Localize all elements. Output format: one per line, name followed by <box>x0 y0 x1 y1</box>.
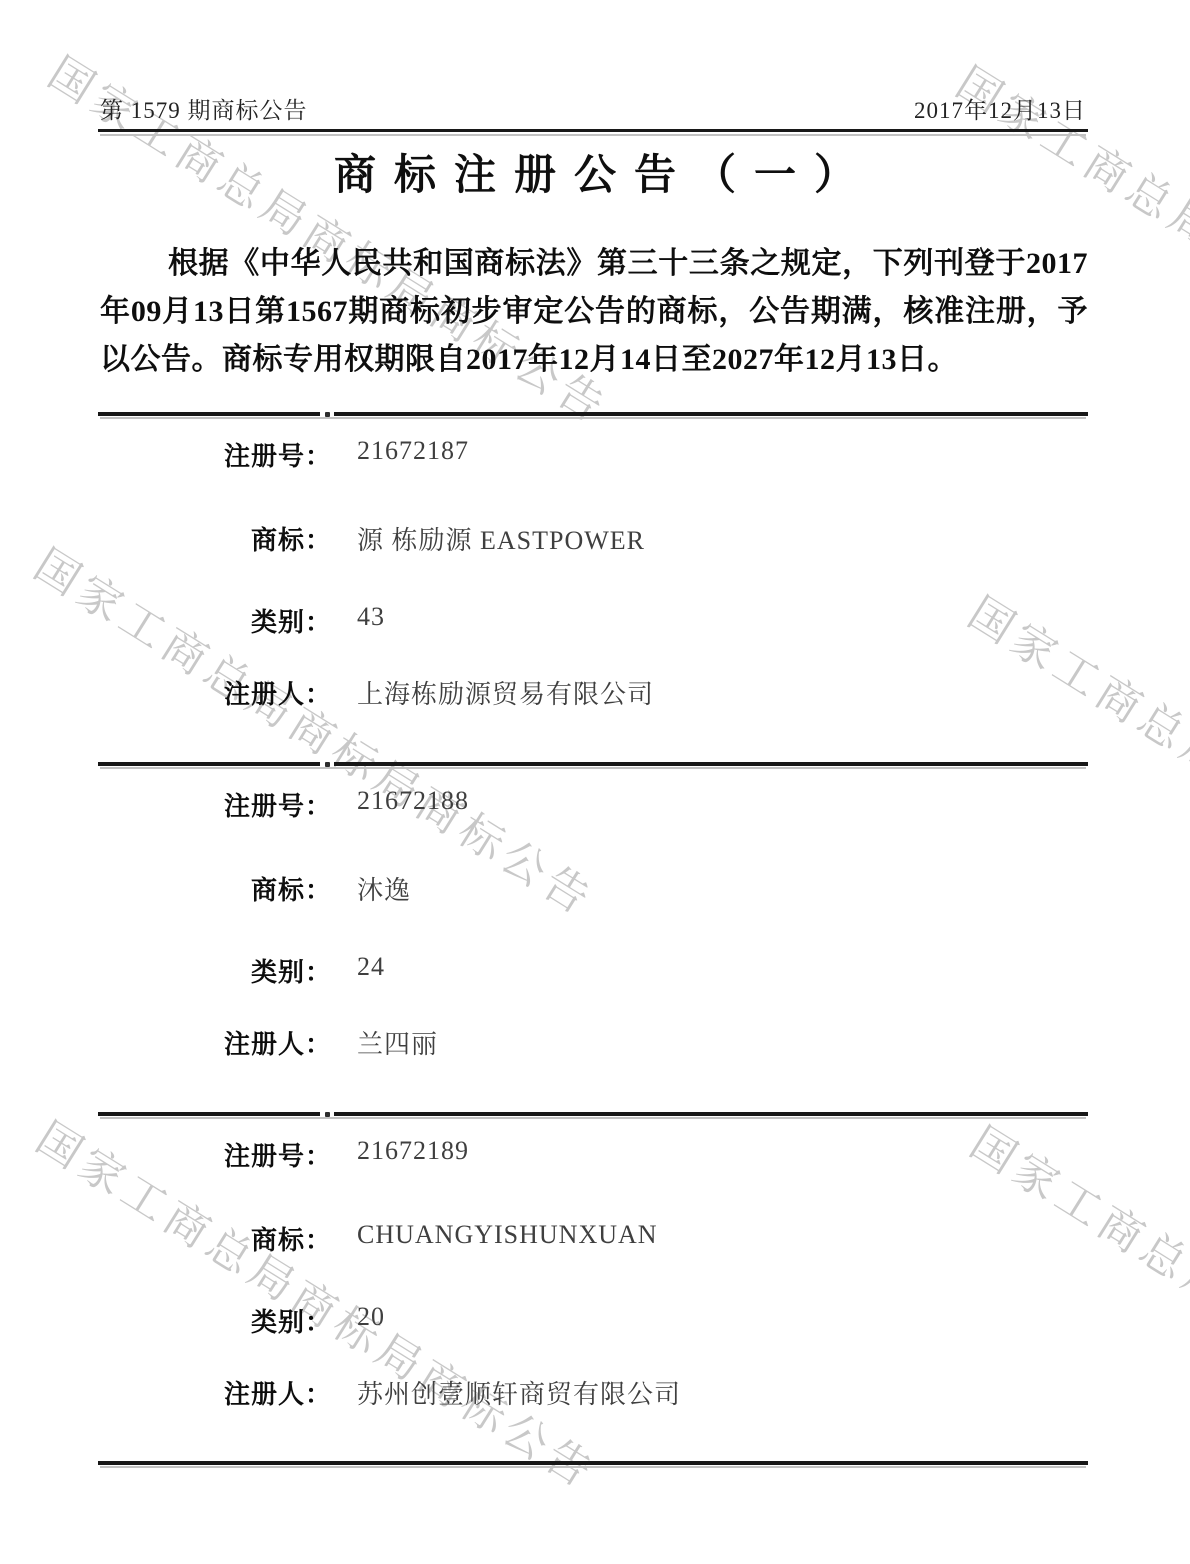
trademark-entry: 注册号： 21672187 商标： 源 栋励源 EASTPOWER 类别： 43… <box>100 412 1088 762</box>
trademark-value: 源 栋励源 EASTPOWER <box>357 520 645 557</box>
registrant-row: 注册人： 苏州创壹顺轩商贸有限公司 <box>100 1374 1088 1411</box>
trademark-row: 商标： 源 栋励源 EASTPOWER <box>100 520 1088 557</box>
reg-no-value: 21672189 <box>357 1136 469 1166</box>
registrant-value: 上海栋励源贸易有限公司 <box>357 674 654 711</box>
registrant-value: 兰四丽 <box>357 1024 438 1061</box>
registrant-row: 注册人： 兰四丽 <box>100 1024 1088 1061</box>
registrant-label: 注册人： <box>100 674 332 711</box>
trademark-row: 商标： 沐逸 <box>100 870 1088 907</box>
reg-no-row: 注册号： 21672189 <box>100 1136 1088 1173</box>
trademark-label: 商标： <box>100 1220 332 1257</box>
registrant-row: 注册人： 上海栋励源贸易有限公司 <box>100 674 1088 711</box>
class-label: 类别： <box>100 1302 332 1339</box>
trademark-label: 商标： <box>100 870 332 907</box>
class-row: 类别： 43 <box>100 602 1088 639</box>
reg-no-label: 注册号： <box>100 786 332 823</box>
reg-no-label: 注册号： <box>100 1136 332 1173</box>
class-value: 24 <box>357 952 385 982</box>
class-row: 类别： 20 <box>100 1302 1088 1339</box>
class-label: 类别： <box>100 602 332 639</box>
class-value: 20 <box>357 1302 385 1332</box>
trademark-value: CHUANGYISHUNXUAN <box>357 1220 658 1250</box>
intro-paragraph: 根据《中华人民共和国商标法》第三十三条之规定，下列刊登于2017年09月13日第… <box>100 240 1088 384</box>
registrant-label: 注册人： <box>100 1024 332 1061</box>
gazette-issue-number: 第 1579 期商标公告 <box>100 92 308 125</box>
reg-no-value: 21672188 <box>357 786 469 816</box>
trademark-value: 沐逸 <box>357 870 411 907</box>
header-rule <box>98 129 1088 132</box>
trademark-entry: 注册号： 21672189 商标： CHUANGYISHUNXUAN 类别： 2… <box>100 1112 1088 1462</box>
registrant-value: 苏州创壹顺轩商贸有限公司 <box>357 1374 681 1411</box>
page-title: 商标注册公告（一） <box>0 142 1190 202</box>
reg-no-label: 注册号： <box>100 436 332 473</box>
registrant-label: 注册人： <box>100 1374 332 1411</box>
trademark-label: 商标： <box>100 520 332 557</box>
class-row: 类别： 24 <box>100 952 1088 989</box>
reg-no-row: 注册号： 21672187 <box>100 436 1088 473</box>
document-page: 国家工商总局商标局商标公告 国家工商总局商标局商标公告 国家工商总局商标局商标公… <box>0 0 1190 1564</box>
reg-no-row: 注册号： 21672188 <box>100 786 1088 823</box>
class-value: 43 <box>357 602 385 632</box>
trademark-entry: 注册号： 21672188 商标： 沐逸 类别： 24 注册人： 兰四丽 <box>100 762 1088 1112</box>
class-label: 类别： <box>100 952 332 989</box>
reg-no-value: 21672187 <box>357 436 469 466</box>
gazette-date: 2017年12月13日 <box>914 92 1086 125</box>
trademark-row: 商标： CHUANGYISHUNXUAN <box>100 1220 1088 1257</box>
bottom-rule <box>98 1461 1088 1465</box>
